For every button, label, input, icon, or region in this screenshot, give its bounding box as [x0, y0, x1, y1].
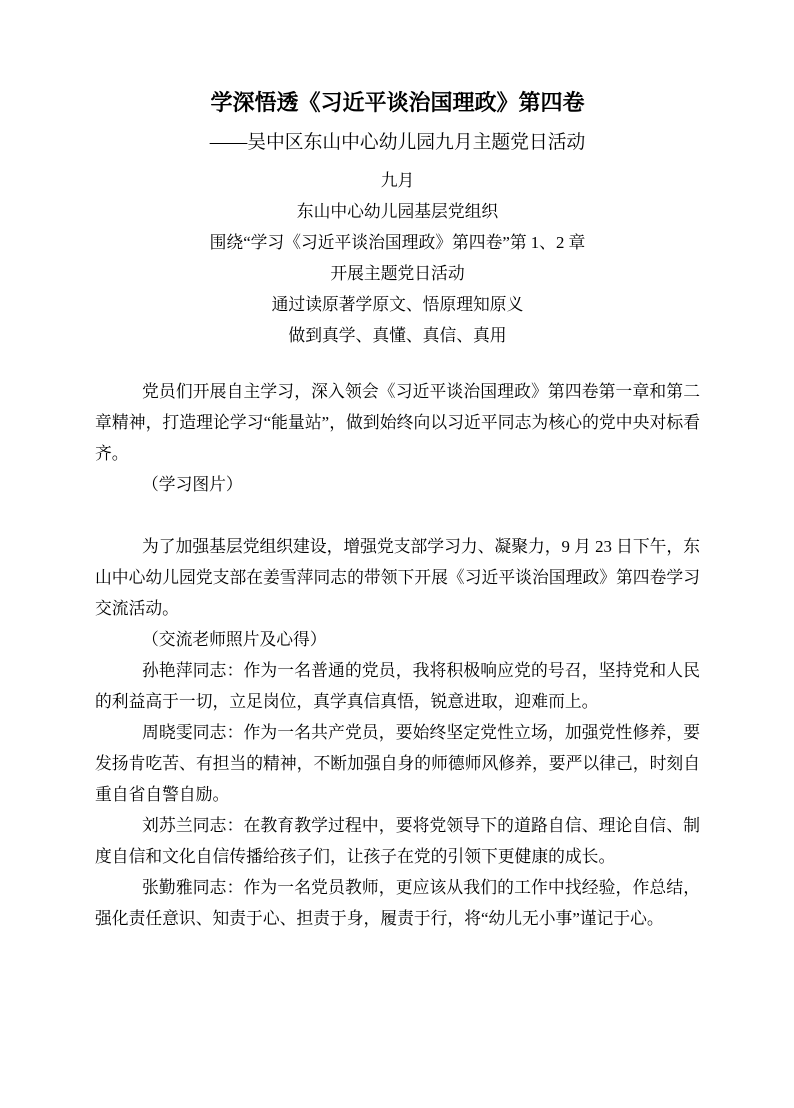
blank-line [95, 500, 700, 531]
center-line-activity: 开展主题党日活动 [95, 258, 700, 289]
center-line-month: 九月 [95, 165, 700, 196]
doc-title: 学深悟透《习近平谈治国理政》第四卷 [95, 87, 700, 119]
paragraph-zhang-qinya: 张勤雅同志：作为一名党员教师，更应该从我们的工作中找经验，作总结，强化责任意识、… [95, 872, 700, 934]
paragraph-liu-sulan: 刘苏兰同志：在教育教学过程中，要将党领导下的道路自信、理论自信、制度自信和文化自… [95, 810, 700, 872]
paragraph-zhou-xiaowen: 周晓雯同志：作为一名共产党员，要始终坚定党性立场，加强党性修养，要发扬肯吃苦、有… [95, 717, 700, 810]
center-line-organization: 东山中心幼儿园基层党组织 [95, 196, 700, 227]
center-line-theme: 围绕“学习《习近平谈治国理政》第四卷”第 1、2 章 [95, 227, 700, 258]
paragraph-sun-yanping: 孙艳萍同志：作为一名普通的党员，我将积极响应党的号召，坚持党和人民的利益高于一切… [95, 655, 700, 717]
photo-notes-placeholder: （交流老师照片及心得） [95, 624, 700, 655]
image-placeholder-note: （学习图片） [95, 469, 700, 500]
doc-subtitle: ——吴中区东山中心幼儿园九月主题党日活动 [95, 127, 700, 158]
document-page: 学深悟透《习近平谈治国理政》第四卷 ——吴中区东山中心幼儿园九月主题党日活动 九… [0, 0, 794, 1108]
paragraph-branch-activity: 为了加强基层党组织建设，增强党支部学习力、凝聚力，9 月 23 日下午，东山中心… [95, 531, 700, 624]
paragraph-self-study: 党员们开展自主学习，深入领会《习近平谈治国理政》第四卷第一章和第二章精神，打造理… [95, 376, 700, 469]
center-line-goal: 做到真学、真懂、真信、真用 [95, 320, 700, 351]
center-line-method: 通过读原著学原文、悟原理知原义 [95, 289, 700, 320]
